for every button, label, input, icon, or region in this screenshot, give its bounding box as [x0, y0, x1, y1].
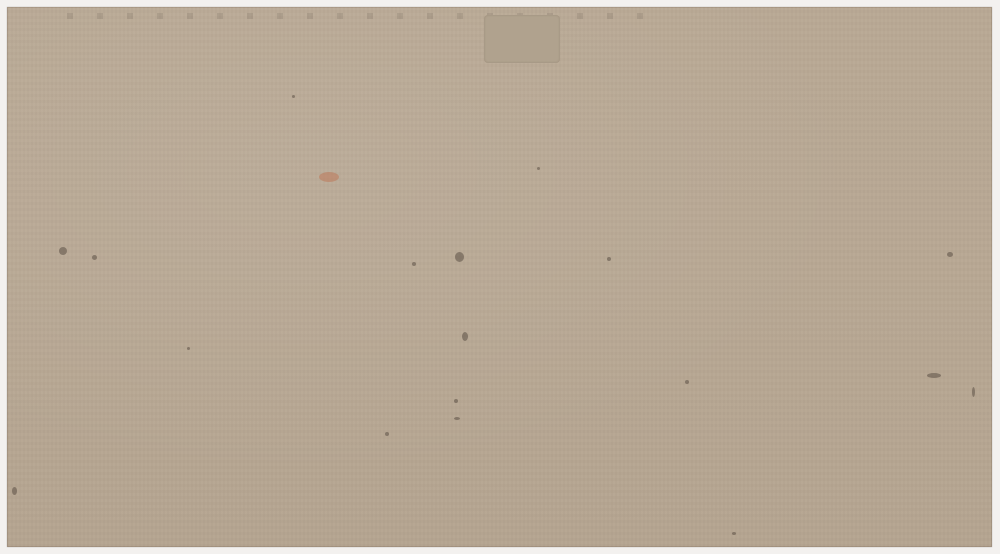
speck: [607, 257, 611, 261]
tape-residue: [484, 15, 560, 63]
speck: [927, 373, 941, 378]
speck: [454, 399, 458, 403]
speck: [685, 380, 689, 384]
speck: [462, 332, 468, 341]
speck: [59, 247, 67, 255]
speck: [947, 252, 953, 257]
cardstock-back: [7, 7, 992, 547]
speck: [454, 417, 460, 420]
speck: [92, 255, 97, 260]
speck: [292, 95, 295, 98]
stain-mark: [319, 172, 339, 182]
speck: [12, 487, 17, 495]
speck: [385, 432, 389, 436]
speck: [455, 252, 464, 262]
speck: [537, 167, 540, 170]
speck: [412, 262, 416, 266]
speck: [187, 347, 190, 350]
speck: [732, 532, 736, 535]
worn-top-edge: [67, 13, 667, 19]
speck: [972, 387, 975, 397]
